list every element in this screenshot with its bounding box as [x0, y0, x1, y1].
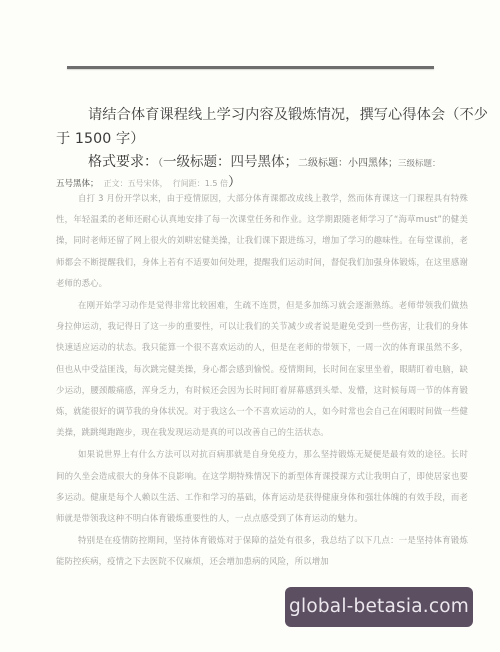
format-body-font: 正文：五号宋体， — [104, 179, 168, 188]
paragraph: 在刚开始学习动作是觉得非常比较困难，生疏不连贯，但是多加练习就会逐渐熟练。老师带… — [56, 295, 468, 443]
format-level3-label: 三级标题： — [398, 159, 441, 169]
title-line-2: 于 1500 字） — [56, 127, 478, 151]
title-line-1: 请结合体育课程线上学习内容及锻炼情况，撰写心得体会（不少 — [88, 103, 478, 127]
paragraph: 特别是在疫情防控期间，坚持体育锻炼对于保障的益处有很多，我总结了以下几点：一是坚… — [56, 530, 468, 572]
format-level1: 一级标题：四号黑体； — [163, 154, 298, 170]
document-title: 请结合体育课程线上学习内容及锻炼情况，撰写心得体会（不少 于 1500 字） — [88, 103, 478, 151]
format-level2: 二级标题：小四黑体； — [298, 158, 398, 169]
format-lead: 格式要求： — [88, 154, 158, 170]
format-requirements: 格式要求：（一级标题：四号黑体；二级标题：小四黑体；三级标题： — [88, 150, 488, 171]
header-rule — [67, 66, 434, 69]
document-body: 自打 3 月份开学以来，由于疫情原因，大部分体育课都改成线上教学，然而体育课这一… — [56, 188, 468, 574]
paragraph: 如果说世界上有什么方法可以对抗百病那就是自身免疫力，那么坚持锻炼无疑便是最有效的… — [56, 444, 468, 529]
paragraph: 自打 3 月份开学以来，由于疫情原因，大部分体育课都改成线上教学，然而体育课这一… — [56, 188, 468, 294]
watermark-badge: global-betasia.com — [285, 587, 473, 627]
format-line-spacing: 行间距：1.5 倍 — [173, 179, 228, 188]
